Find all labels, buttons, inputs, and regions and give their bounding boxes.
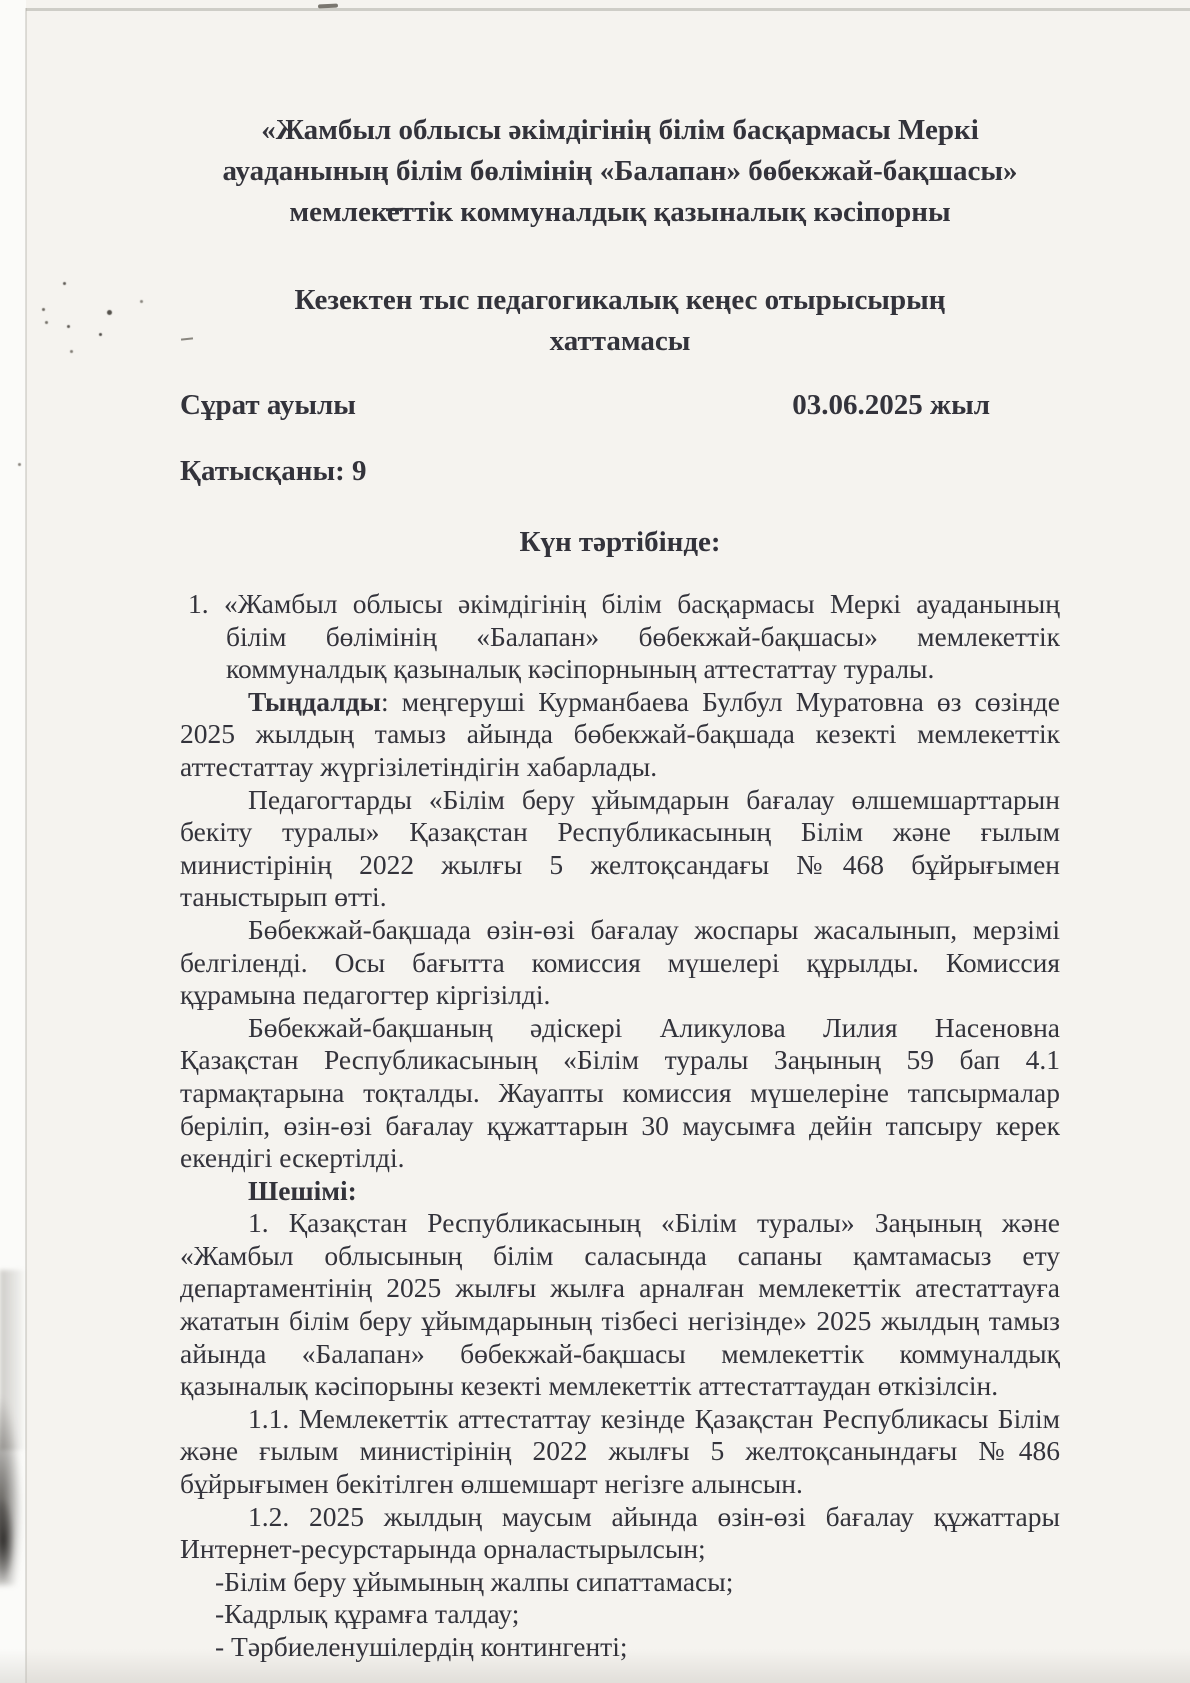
decision-heading: Шешімі: (180, 1175, 1060, 1208)
place-name: Сұрат ауылы (180, 388, 356, 422)
protocol-title-line: Кезектен тыс педагогикалық кеңес отырысы… (180, 280, 1060, 321)
document-body: «Жамбыл облысы әкімдігінің білім басқарм… (180, 0, 1060, 1664)
attendees-count: Қатысқаны: 9 (180, 454, 1060, 488)
agenda-item-text: «Жамбыл облысы әкімдігінің білім басқарм… (224, 588, 1060, 684)
decision-sub-item: -Кадрлық құрамға талдау; (180, 1598, 1060, 1631)
heard-label: Тыңдалды (248, 686, 381, 717)
agenda-heading: Күн тәртібінде: (180, 525, 1060, 559)
place-date-row: Сұрат ауылы 03.06.2025 жыл (180, 388, 1060, 422)
decision-sub-item: - Тәрбиеленушілердің контингенті; (180, 1631, 1060, 1664)
protocol-date: 03.06.2025 жыл (792, 388, 990, 422)
organization-header-line: ауаданының білім бөлімінің «Балапан» бөб… (180, 151, 1060, 192)
decision-paragraph: 1.1. Мемлекеттік аттестаттау кезінде Қаз… (180, 1403, 1060, 1501)
agenda-item: 1. «Жамбыл облысы әкімдігінің білім басқ… (180, 588, 1060, 686)
protocol-title-line: хаттамасы (180, 321, 1060, 362)
decision-paragraph: 1.2. 2025 жылдың маусым айында өзін-өзі … (180, 1501, 1060, 1566)
agenda-item-number: 1. (188, 588, 209, 619)
heard-paragraph: Тыңдалды: меңгеруші Курманбаева Булбул М… (180, 686, 1060, 784)
paragraph: Педагогтарды «Білім беру ұйымдарын бағал… (180, 784, 1060, 914)
scanned-protocol-page: «Жамбыл облысы әкімдігінің білім басқарм… (0, 0, 1190, 1683)
organization-header-line: «Жамбыл облысы әкімдігінің білім басқарм… (180, 110, 1060, 151)
paragraph: Бөбекжай-бақшаның әдіскері Аликулова Лил… (180, 1012, 1060, 1175)
scan-smudge-dark (0, 1500, 14, 1580)
page-edge-shadow (25, 8, 27, 1683)
decision-paragraph: 1. Қазақстан Республикасының «Білім тура… (180, 1207, 1060, 1403)
decision-sub-item: -Білім беру ұйымының жалпы сипаттамасы; (180, 1566, 1060, 1599)
organization-header-line: мемлекеттік коммуналдық қазыналық кәсіпо… (180, 192, 1060, 233)
paragraph: Бөбекжай-бақшада өзін-өзі бағалау жоспар… (180, 914, 1060, 1012)
protocol-title: Кезектен тыс педагогикалық кеңес отырысы… (180, 280, 1060, 362)
scan-speckles (0, 0, 3, 3)
organization-header: «Жамбыл облысы әкімдігінің білім басқарм… (180, 110, 1060, 233)
